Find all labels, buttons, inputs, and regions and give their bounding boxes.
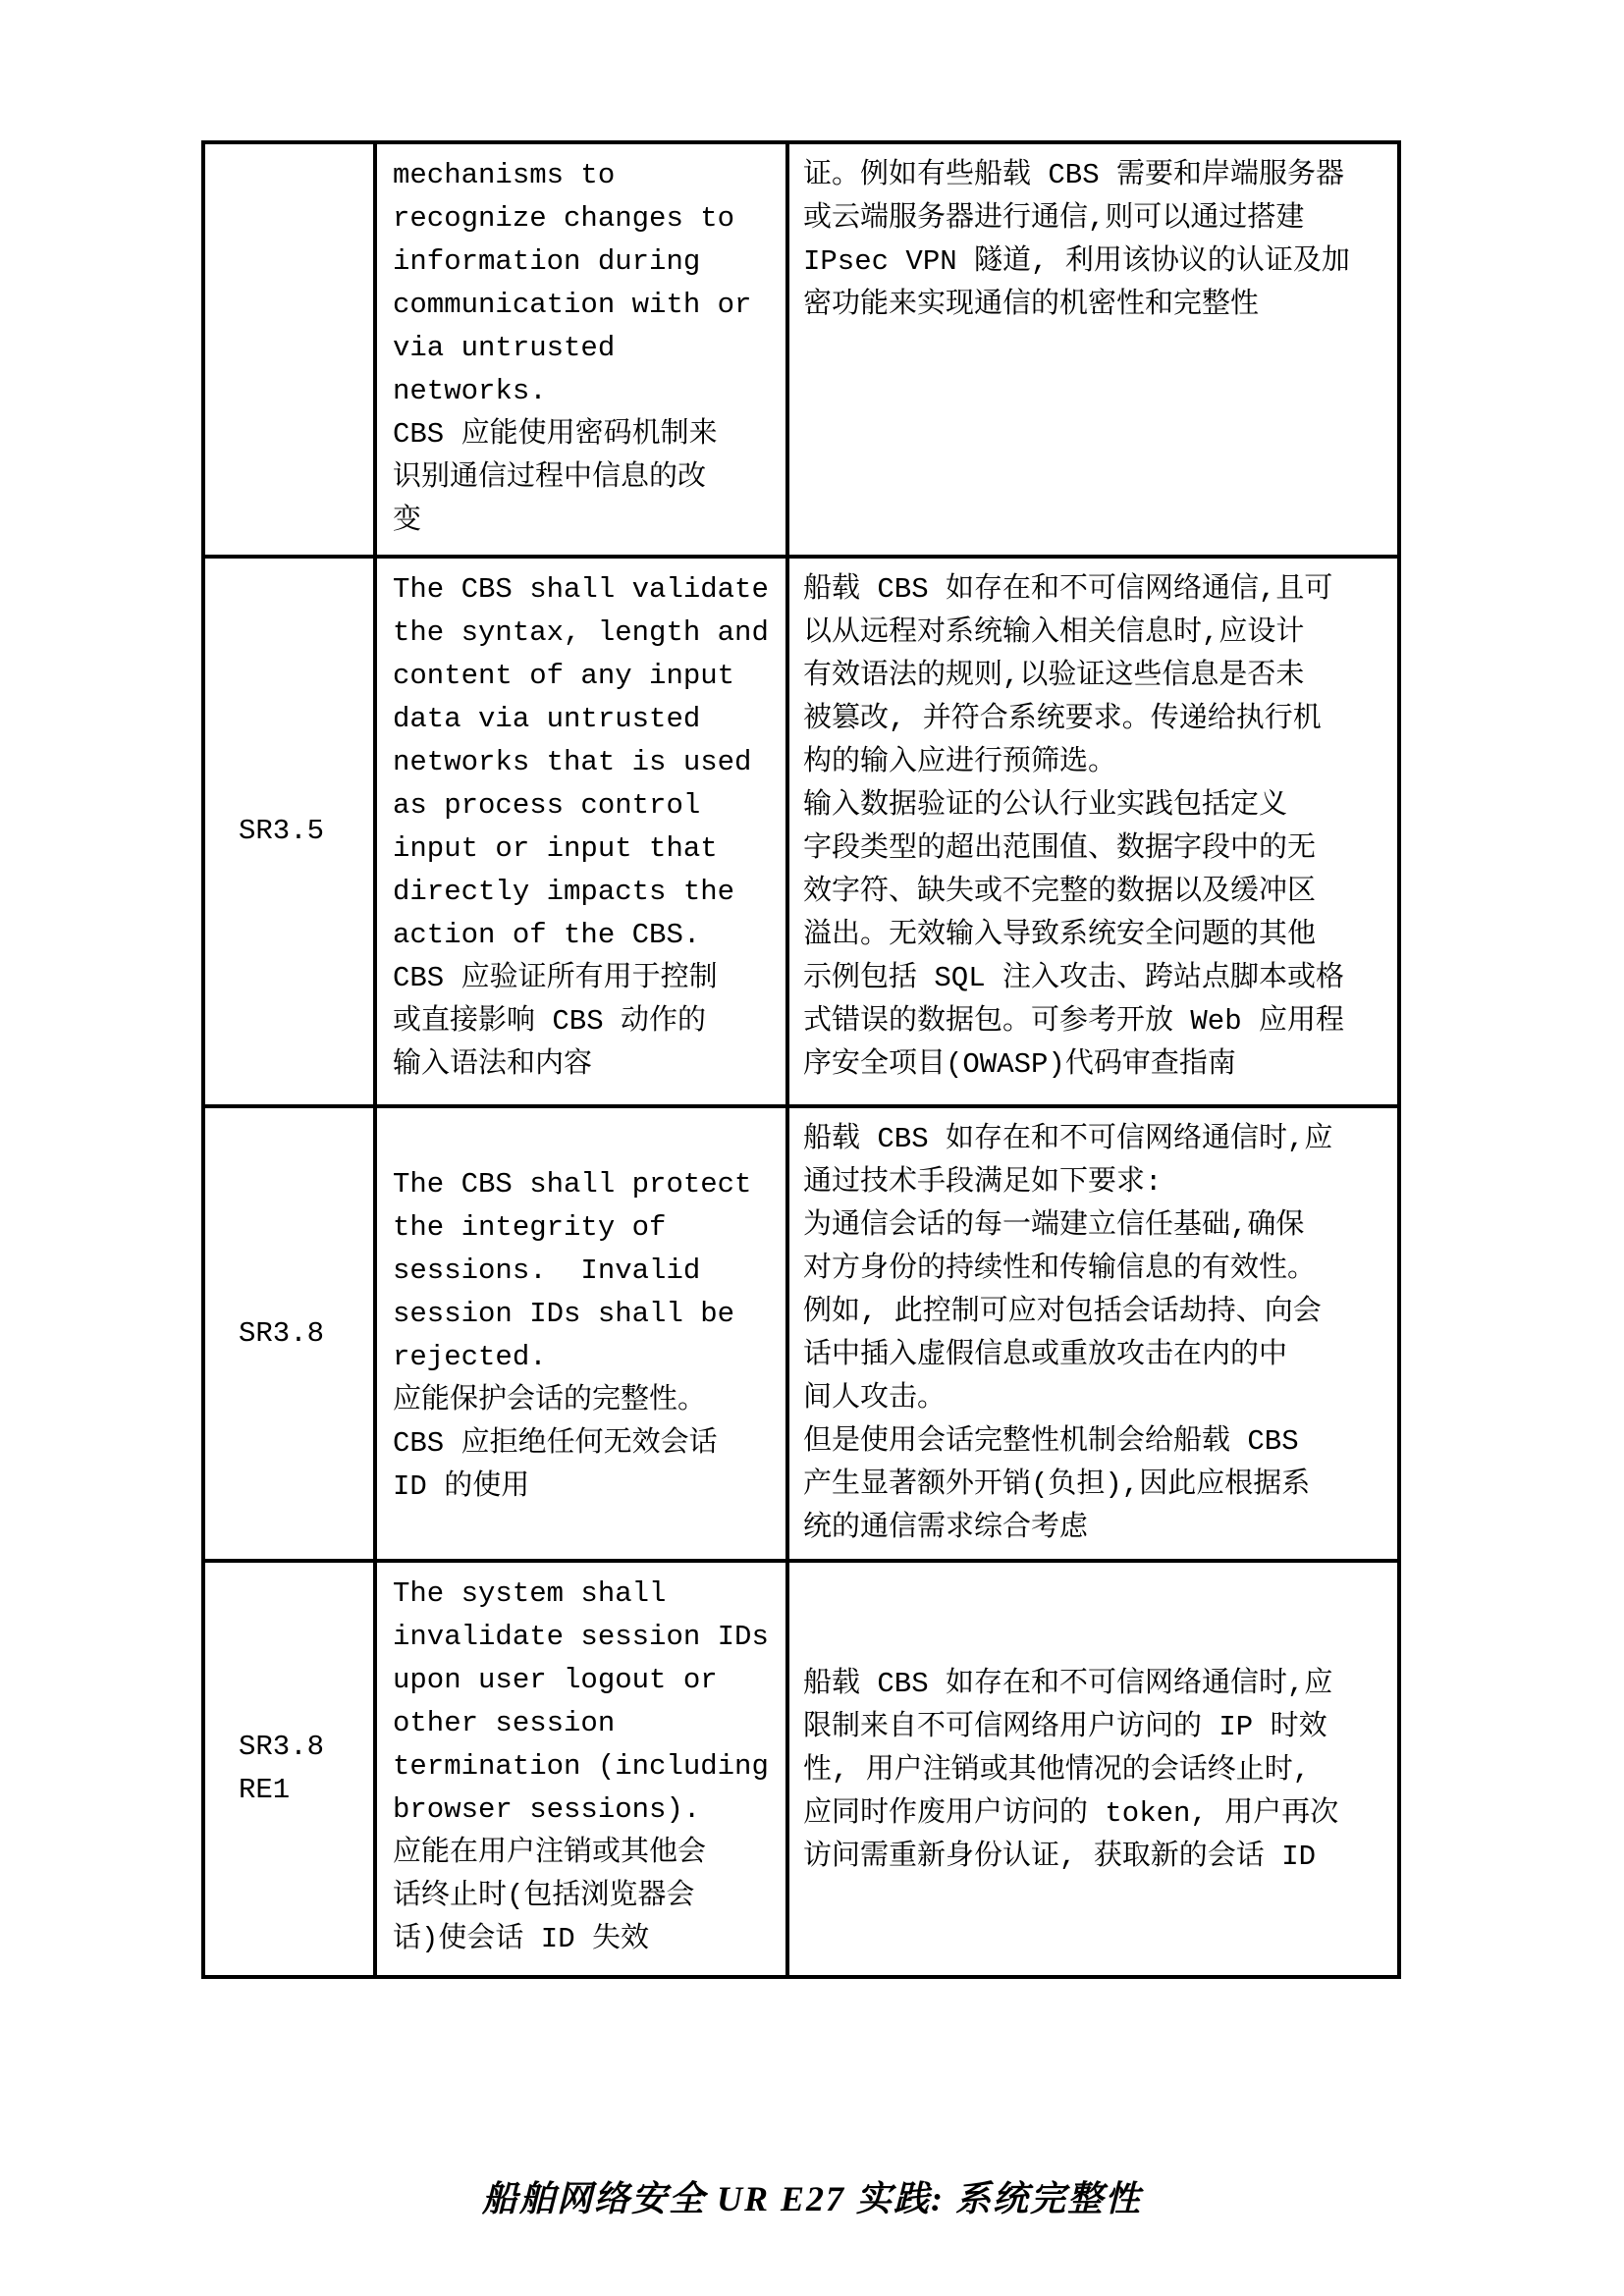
- page-footer-title: 船舶网络安全 UR E27 实践: 系统完整性: [0, 2171, 1624, 2221]
- requirement-text: mechanisms to recognize changes to infor…: [375, 142, 787, 557]
- requirement-id: SR3.8: [203, 1106, 375, 1561]
- requirements-table: mechanisms to recognize changes to infor…: [201, 140, 1401, 1979]
- table-row: SR3.5 The CBS shall validate the syntax,…: [203, 557, 1399, 1106]
- requirement-text: The CBS shall validate the syntax, lengt…: [375, 557, 787, 1106]
- requirement-text: The CBS shall protect the integrity of s…: [375, 1106, 787, 1561]
- requirement-id: SR3.5: [203, 557, 375, 1106]
- explanation-text: 船载 CBS 如存在和不可信网络通信,且可 以从远程对系统输入相关信息时,应设计…: [787, 557, 1399, 1106]
- explanation-text: 船载 CBS 如存在和不可信网络通信时,应 通过技术手段满足如下要求: 为通信会…: [787, 1106, 1399, 1561]
- table-row: SR3.8 The CBS shall protect the integrit…: [203, 1106, 1399, 1561]
- table-row: mechanisms to recognize changes to infor…: [203, 142, 1399, 557]
- explanation-text: 船载 CBS 如存在和不可信网络通信时,应 限制来自不可信网络用户访问的 IP …: [787, 1561, 1399, 1977]
- explanation-text: 证。例如有些船载 CBS 需要和岸端服务器 或云端服务器进行通信,则可以通过搭建…: [787, 142, 1399, 557]
- requirement-text: The system shall invalidate session IDs …: [375, 1561, 787, 1977]
- requirement-id: SR3.8 RE1: [203, 1561, 375, 1977]
- table-row: SR3.8 RE1 The system shall invalidate se…: [203, 1561, 1399, 1977]
- requirement-id: [203, 142, 375, 557]
